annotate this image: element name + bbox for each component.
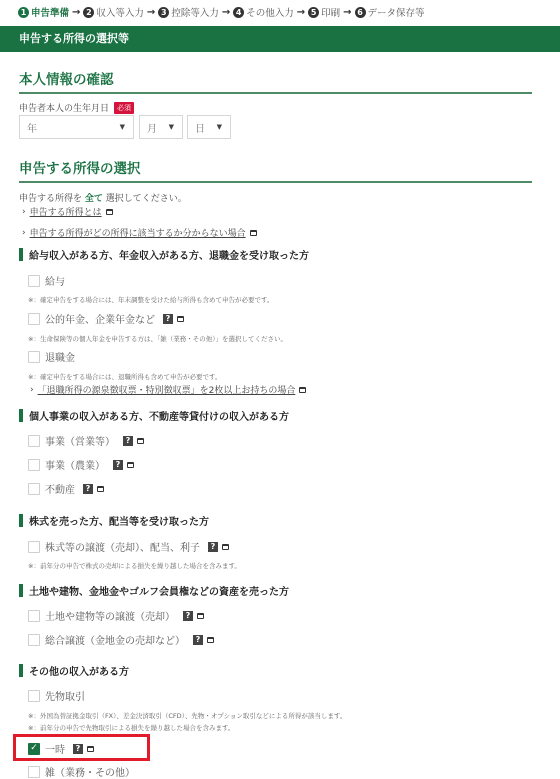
step-number-icon: 3 — [158, 7, 169, 18]
help-icon[interactable]: ? — [83, 484, 93, 494]
help-icon[interactable]: ? — [183, 611, 193, 621]
accent-bar — [19, 409, 23, 422]
checkbox-stocks[interactable]: 株式等の譲渡（売却）、配当、利子? — [28, 539, 229, 554]
help-icon[interactable]: ? — [73, 744, 83, 754]
checkbox-icon[interactable] — [28, 435, 40, 447]
checkbox-icon[interactable] — [28, 610, 40, 622]
checkbox-icon[interactable] — [28, 541, 40, 553]
checkbox-icon[interactable] — [28, 275, 40, 287]
checkbox-business-general[interactable]: 事業（営業等）? — [28, 433, 144, 448]
checkbox-comprehensive-transfer[interactable]: 総合譲渡（金地金の売却など）? — [28, 632, 214, 647]
required-badge: 必須 — [114, 102, 134, 114]
group-title-stocks-dividends: 株式を売った方、配当等を受け取った方 — [19, 513, 209, 528]
external-link-icon[interactable] — [87, 746, 94, 752]
accent-bar — [19, 664, 23, 677]
link-what-is-income[interactable]: ›申告する所得とは — [22, 205, 113, 218]
note-stocks: ※：前年分の申告で株式の売却による損失を繰り越した場合を含みます。 — [28, 561, 241, 570]
external-link-icon[interactable] — [127, 462, 134, 468]
chevron-right-icon: › — [30, 385, 34, 395]
step-number-icon: 4 — [233, 7, 244, 18]
note-retirement: ※：確定申告をする場合には、退職所得も含めて申告が必要です。 — [28, 372, 221, 381]
chevron-right-icon: › — [22, 207, 26, 217]
caret-down-icon: ▼ — [120, 123, 125, 131]
accent-bar — [19, 248, 23, 261]
group-title-business-realestate: 個人事業の収入がある方、不動産等貸付けの収入がある方 — [19, 408, 289, 423]
checkbox-icon[interactable] — [28, 634, 40, 646]
checkbox-icon[interactable] — [28, 351, 40, 363]
step-3: 3控除等入力 — [158, 5, 219, 19]
checkbox-icon[interactable] — [28, 459, 40, 471]
checkbox-retirement[interactable]: 退職金 — [28, 349, 75, 364]
link-multiple-withholding-slips[interactable]: ›「退職所得の源泉徴収票・特別徴収票」を2枚以上お持ちの場合 — [30, 383, 306, 396]
instruction-text: 申告する所得を 全て 選択してください。 — [19, 191, 187, 204]
chevron-right-icon: › — [22, 228, 26, 238]
group-title-salary-pension: 給与収入がある方、年金収入がある方、退職金を受け取った方 — [19, 247, 309, 262]
checkbox-icon[interactable] — [28, 483, 40, 495]
external-link-icon[interactable] — [222, 544, 229, 550]
external-link-icon[interactable] — [197, 613, 204, 619]
day-select[interactable]: 日▼ — [187, 115, 231, 139]
external-link-icon — [250, 230, 257, 236]
step-number-icon: 1 — [18, 7, 29, 18]
caret-down-icon: ▼ — [217, 123, 222, 131]
checkbox-real-estate[interactable]: 不動産? — [28, 481, 104, 496]
arrow-right-icon: → — [72, 7, 80, 18]
help-icon[interactable]: ? — [123, 436, 133, 446]
arrow-right-icon: → — [147, 7, 155, 18]
section-title-personal-info: 本人情報の確認 — [19, 68, 532, 94]
arrow-right-icon: → — [222, 7, 230, 18]
note-pension: ※：生命保険等の個人年金を申告する方は、「雑（業務・その他）」を選択してください… — [28, 334, 287, 343]
dob-label: 申告者本人の生年月日 必須 — [19, 101, 134, 114]
checkbox-pension[interactable]: 公的年金、企業年金など? — [28, 311, 184, 326]
external-link-icon[interactable] — [177, 316, 184, 322]
step-number-icon: 6 — [355, 7, 366, 18]
step-number-icon: 5 — [308, 7, 319, 18]
accent-bar — [19, 514, 23, 527]
step-5: 5印刷 — [308, 5, 340, 19]
page-header: 申告する所得の選択等 — [0, 26, 560, 52]
step-1: 1申告準備 — [18, 5, 69, 19]
checkbox-icon[interactable] — [28, 313, 40, 325]
external-link-icon — [106, 209, 113, 215]
accent-bar — [19, 584, 23, 597]
note-salary: ※：確定申告をする場合には、年末調整を受けた給与所得も含めて申告が必要です。 — [28, 295, 273, 304]
note-futures-2: ※：前年分の申告で先物取引による損失を繰り越した場合を含みます。 — [28, 723, 234, 732]
step-4: 4その他入力 — [233, 5, 294, 19]
arrow-right-icon: → — [343, 7, 351, 18]
link-income-category-help[interactable]: ›申告する所得がどの所得に該当するか分からない場合 — [22, 226, 257, 239]
external-link-icon — [299, 387, 306, 393]
year-select[interactable]: 年▼ — [19, 115, 134, 139]
group-title-other-income: その他の収入がある方 — [19, 663, 129, 678]
checkbox-icon[interactable] — [28, 690, 40, 702]
external-link-icon[interactable] — [137, 438, 144, 444]
caret-down-icon: ▼ — [169, 123, 174, 131]
note-futures-1: ※：外国為替証拠金取引（FX）、差金決済取引（CFD）、先物・オプション取引など… — [28, 711, 346, 720]
step-6: 6データ保存等 — [355, 5, 425, 19]
checkbox-checked-icon[interactable]: ✓ — [28, 743, 40, 755]
group-title-asset-sales: 土地や建物、金地金やゴルフ会員権などの資産を売った方 — [19, 583, 289, 598]
help-icon[interactable]: ? — [113, 460, 123, 470]
step-progress: 1申告準備 → 2収入等入力 → 3控除等入力 → 4その他入力 → 5印刷 →… — [18, 4, 425, 20]
section-title-income-selection: 申告する所得の選択 — [19, 157, 532, 183]
help-icon[interactable]: ? — [208, 542, 218, 552]
arrow-right-icon: → — [297, 7, 305, 18]
help-icon[interactable]: ? — [193, 635, 203, 645]
checkbox-futures[interactable]: 先物取引 — [28, 688, 85, 703]
checkbox-miscellaneous[interactable]: 雑（業務・その他） — [28, 764, 135, 779]
external-link-icon[interactable] — [97, 486, 104, 492]
step-number-icon: 2 — [83, 7, 94, 18]
checkbox-business-agriculture[interactable]: 事業（農業）? — [28, 457, 134, 472]
checkbox-occasional[interactable]: ✓一時? — [28, 741, 94, 756]
help-icon[interactable]: ? — [163, 314, 173, 324]
step-2: 2収入等入力 — [83, 5, 144, 19]
external-link-icon[interactable] — [207, 637, 214, 643]
checkbox-land-building[interactable]: 土地や建物等の譲渡（売却）? — [28, 608, 204, 623]
checkbox-salary[interactable]: 給与 — [28, 273, 65, 288]
checkbox-icon[interactable] — [28, 766, 40, 778]
month-select[interactable]: 月▼ — [139, 115, 183, 139]
